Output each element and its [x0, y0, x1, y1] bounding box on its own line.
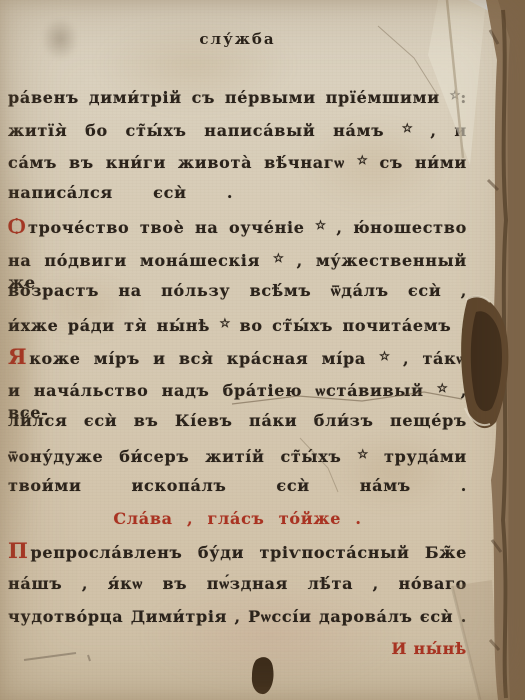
- star-mark: ☆: [437, 377, 448, 399]
- rubric-initial: Ѻ: [8, 213, 26, 238]
- text-line: написа́лся єсѝ .: [8, 182, 467, 204]
- star-mark: ☆: [450, 84, 461, 106]
- text-line: житїя̀ бо ст̃ы́хъ написа́вый на́мъ ☆ , и: [8, 117, 467, 142]
- rubric-initial: П: [8, 538, 29, 563]
- text-line: ли́лся єсѝ въ Кі́евъ па́ки бли́зъ пеще́р…: [8, 410, 467, 432]
- star-mark: ☆: [402, 117, 413, 139]
- star-mark: ☆: [357, 149, 368, 171]
- star-mark: ☆: [315, 214, 326, 236]
- text-line: Ѻтроче́ство твоѐ на оуче́ніе ☆ , ю́ношес…: [8, 214, 467, 239]
- text-line: чудотво́рца Дими́трія , Рѡссі́и дарова́л…: [8, 606, 467, 628]
- star-mark: ☆: [273, 247, 284, 269]
- text-line: Якоже мі́ръ и вся̀ кра́сная мі́ра ☆ , та…: [8, 345, 467, 370]
- text-line: Сла́ва , гла́съ то́йже .: [8, 508, 467, 530]
- text-line: во́зрастъ на по́льзу всѣ́мъ ѿда́лъ єсѝ ,: [8, 280, 467, 302]
- text-line: на́шъ , я́кѡ въ пѡ́здная лѣ́та , но́ваго: [8, 573, 467, 595]
- text-line: Препросла́вленъ бу́ди тріѵпоста́сный Бж̃…: [8, 540, 467, 564]
- text-line: и́хже ра́ди тя̀ ны́нѣ ☆ во ст̃ы́хъ почит…: [8, 312, 467, 337]
- star-mark: ☆: [219, 312, 230, 334]
- book-page-photo: слу́жба ра́венъ дими́трій съ пе́рвыми пр…: [0, 0, 525, 700]
- text-line: ѿону́дуже би́серъ житі́й ст̃ы́хъ ☆ труда…: [8, 443, 467, 468]
- rubric-initial: Я: [8, 344, 27, 369]
- text-line: са́мъ въ кни́ги живота̀ вѣ́чнагѡ ☆ съ ни…: [8, 149, 467, 174]
- star-mark: ☆: [357, 443, 368, 465]
- star-mark: ☆: [379, 345, 390, 367]
- page-title: слу́жба: [8, 30, 467, 48]
- text-line: ра́венъ дими́трій съ пе́рвыми прїе́мшими…: [8, 84, 467, 109]
- text-line: твои́ми ископа́лъ єсѝ на́мъ .: [8, 475, 467, 497]
- text-line: И ны́нѣ: [8, 638, 467, 660]
